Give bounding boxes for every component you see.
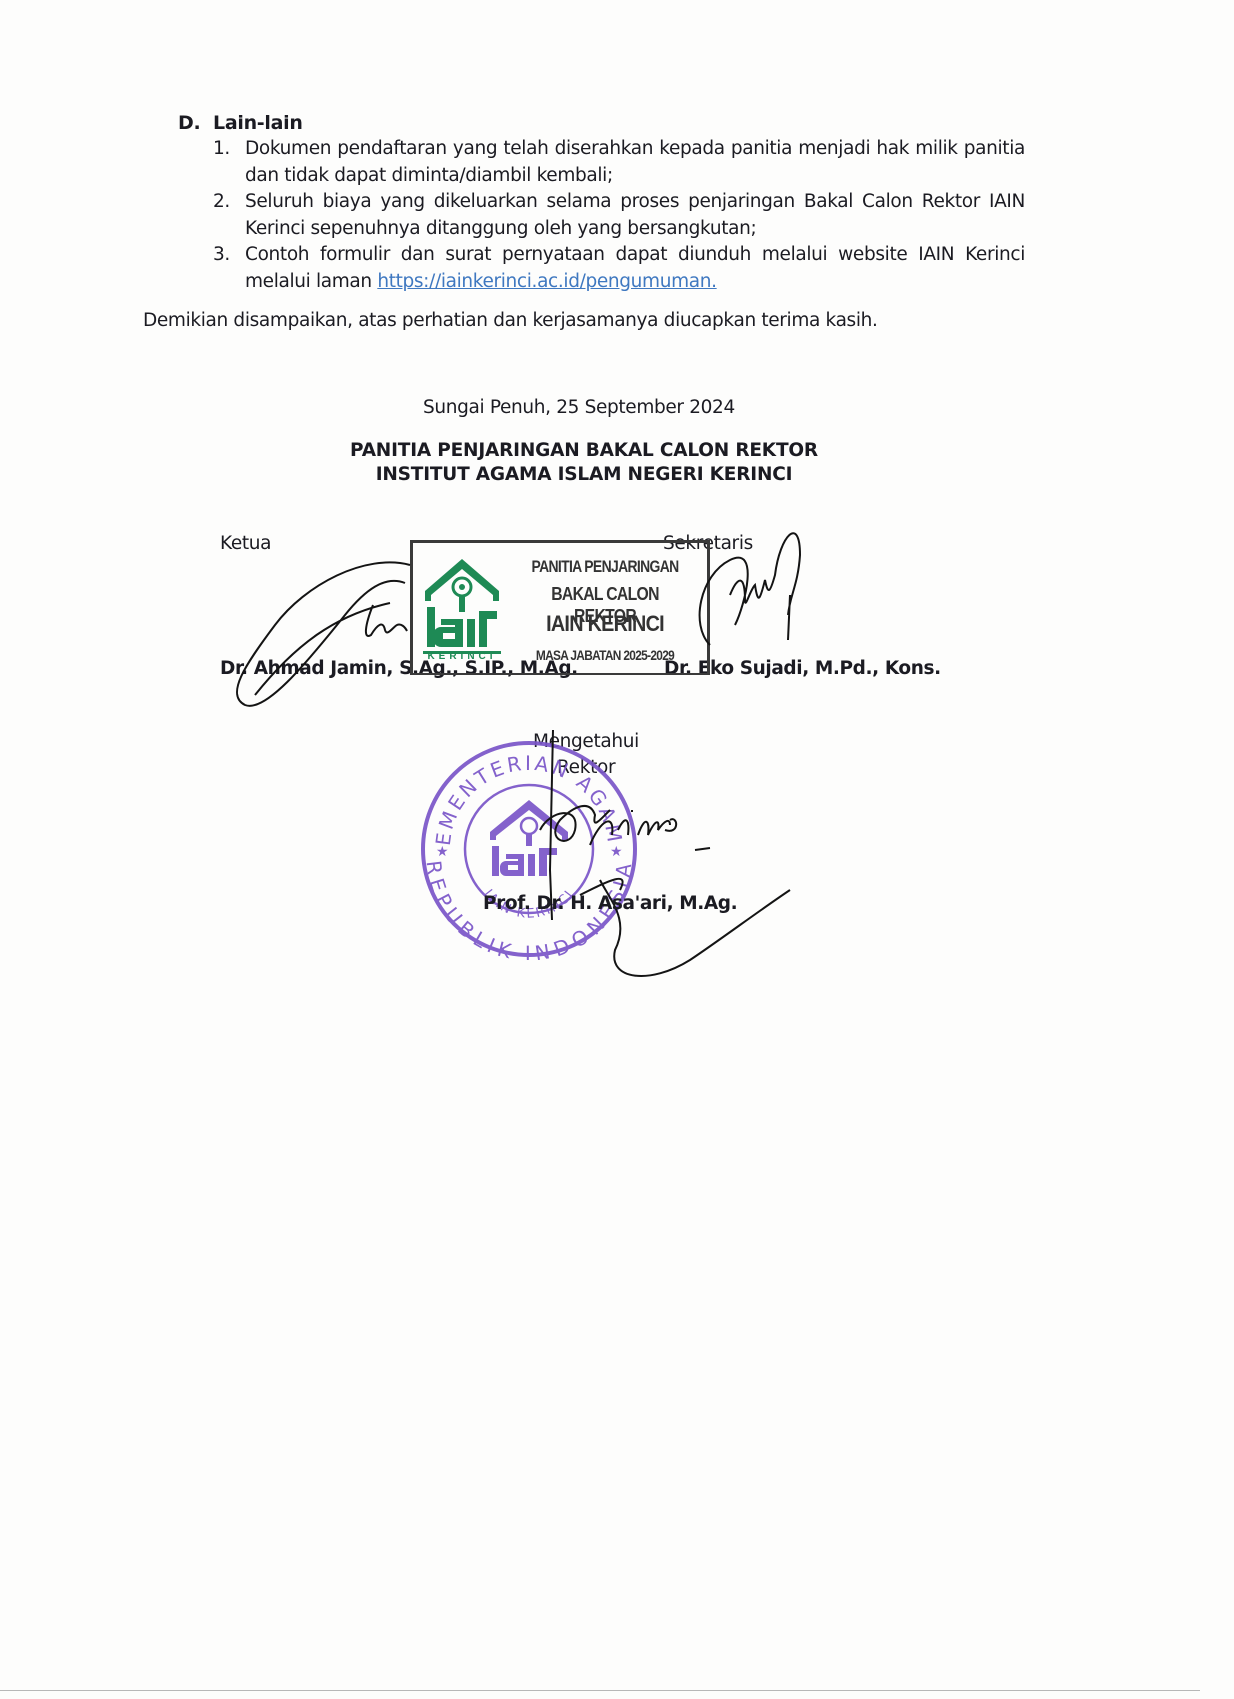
list-item-number: 1. [213,136,230,163]
svg-text:★: ★ [610,844,623,860]
committee-title-line1: PANITIA PENJARINGAN BAKAL CALON REKTOR [0,440,1168,461]
section-list: 1. Dokumen pendaftaran yang telah disera… [213,136,1025,295]
list-item: 3. Contoh formulir dan surat pernyataan … [213,242,1025,295]
list-item: 1. Dokumen pendaftaran yang telah disera… [213,136,1025,189]
stamp-line1: PANITIA PENJARINGAN [523,557,687,577]
svg-text:★: ★ [436,844,449,860]
list-item-text: Dokumen pendaftaran yang telah diserahka… [245,138,1025,186]
section-letter: D. [178,112,200,134]
stamp-line4: MASA JABATAN 2025-2029 [520,647,690,663]
list-item: 2. Seluruh biaya yang dikeluarkan selama… [213,189,1025,242]
official-seal-icon: KEMENTERIAN AGAMA REPUBLIK INDONESIA IAI… [420,738,638,960]
place-date: Sungai Penuh, 25 September 2024 [423,397,735,418]
list-item-text: Seluruh biaya yang dikeluarkan selama pr… [245,191,1025,239]
list-item-number: 3. [213,242,230,269]
announcement-link[interactable]: https://iainkerinci.ac.id/pengumuman. [377,271,716,292]
stamp-logo-caption: KERINCI [423,651,501,662]
rektor-name: Prof. Dr. H. Asa'ari, M.Ag. [483,893,737,914]
committee-stamp: KERINCI PANITIA PENJARINGAN BAKAL CALON … [410,540,710,675]
section-heading: D. Lain-lain [178,112,303,134]
ketua-role: Ketua [220,533,271,554]
committee-title-line2: INSTITUT AGAMA ISLAM NEGERI KERINCI [0,464,1168,485]
closing-statement: Demikian disampaikan, atas perhatian dan… [143,310,878,331]
iain-kerinci-logo-icon [421,557,503,665]
stamp-line3: IAIN KERINCI [515,611,695,637]
section-title: Lain-lain [213,112,303,134]
list-item-number: 2. [213,189,230,216]
page-bottom-edge [0,1690,1200,1691]
